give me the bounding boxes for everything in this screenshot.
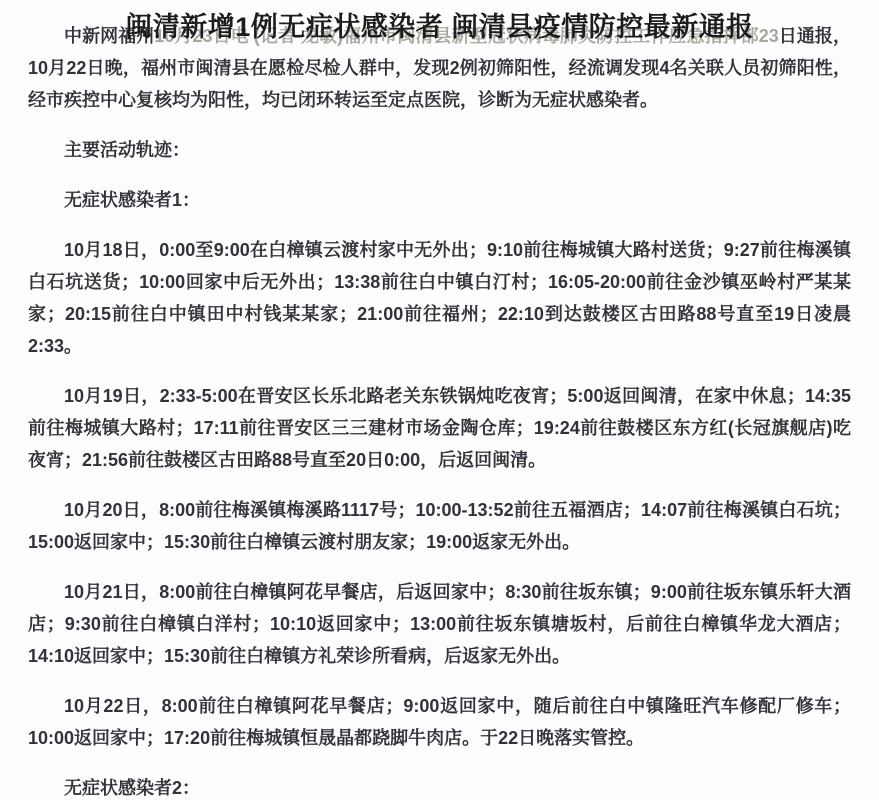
track-paragraph-oct21: 10月21日，8:00前往白樟镇阿花早餐店，后返回家中；8:30前往坂东镇；9:…	[28, 576, 851, 672]
track-paragraph-oct20: 10月20日，8:00前往梅溪镇梅溪路1117号；10:00-13:52前往五福…	[28, 494, 851, 558]
section-heading-activity-track: 主要活动轨迹：	[28, 134, 851, 166]
track-paragraph-oct22: 10月22日，8:00前往白樟镇阿花早餐店；9:00返回家中，随后前往白中镇隆旺…	[28, 690, 851, 754]
track-paragraph-oct19: 10月19日，2:33-5:00在晋安区长乐北路老关东铁锅炖吃夜宵；5:00返回…	[28, 380, 851, 476]
case2-heading: 无症状感染者2：	[28, 772, 851, 800]
track-paragraph-oct18: 10月18日，0:00至9:00在白樟镇云渡村家中无外出；9:10前往梅城镇大路…	[28, 234, 851, 362]
article-page: 闽清新增1例无症状感染者 闽清县疫情防控最新通报 中新网福州10月23日电 (记…	[0, 0, 879, 800]
page-title: 闽清新增1例无症状感染者 闽清县疫情防控最新通报	[0, 9, 879, 45]
case1-heading: 无症状感染者1：	[28, 184, 851, 216]
article-body: 中新网福州10月23日电 (记者 龙敏)福州市闽清县新型冠状病毒肺炎防控工作应急…	[0, 0, 879, 800]
